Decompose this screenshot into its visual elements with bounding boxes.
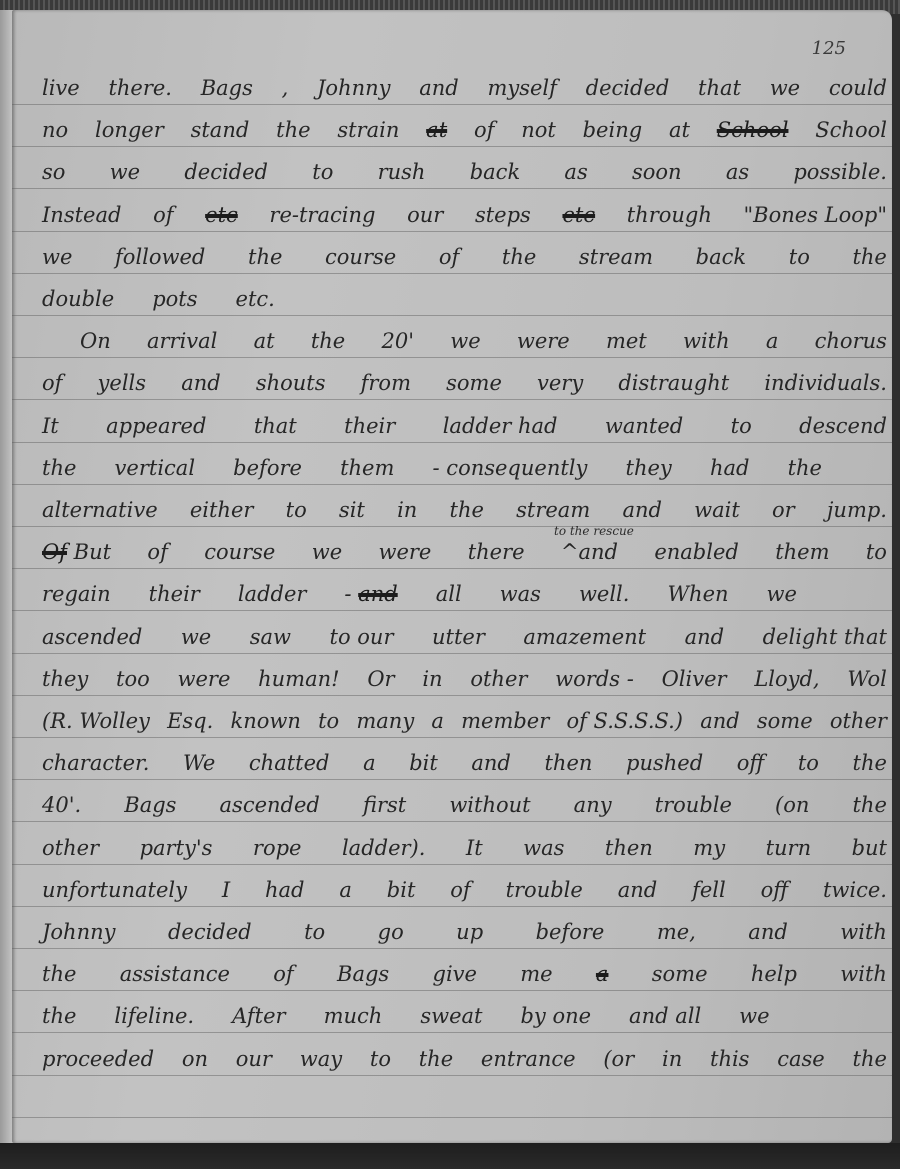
text-line: 40'.Bagsascendedfirstwithoutanytrouble(o… xyxy=(42,779,887,821)
word: Bags xyxy=(337,962,389,986)
word: with xyxy=(683,329,730,353)
word: well. xyxy=(579,582,630,606)
word: assistance xyxy=(120,962,230,986)
word: to xyxy=(304,920,325,944)
text-line: theassistanceofBagsgivemeasomehelpwith xyxy=(42,948,887,990)
text-line: otherparty'sropeladder).Itwasthenmyturnb… xyxy=(42,822,887,864)
text-line: alternativeeithertositinthestreamandwait… xyxy=(42,484,887,526)
word: live xyxy=(42,76,80,100)
word: When xyxy=(667,582,728,606)
word: the xyxy=(42,456,76,480)
word: ladder). xyxy=(342,836,425,860)
word: at xyxy=(669,118,690,142)
word: vertical xyxy=(115,456,195,480)
word: (or xyxy=(603,1047,634,1071)
word: give xyxy=(433,962,477,986)
word: to xyxy=(731,414,752,438)
word: and xyxy=(471,751,511,775)
word: off xyxy=(761,878,789,902)
word: the xyxy=(42,1004,76,1028)
word: without xyxy=(449,793,530,817)
word: we xyxy=(450,329,480,353)
text-line: Insteadofetcre-tracingourstepsetcthrough… xyxy=(42,189,887,231)
word: that xyxy=(254,414,297,438)
word: too xyxy=(116,667,150,691)
word: a xyxy=(596,962,609,986)
word: course xyxy=(204,540,275,564)
word: , xyxy=(282,76,289,100)
word: regain xyxy=(42,582,111,606)
word: saw xyxy=(250,625,291,649)
word: to xyxy=(789,245,810,269)
word: the xyxy=(853,1047,887,1071)
word: and xyxy=(622,498,662,522)
word: they xyxy=(42,667,88,691)
word: trouble xyxy=(506,878,583,902)
word: pots xyxy=(152,287,197,311)
word: me xyxy=(520,962,552,986)
word: up xyxy=(456,920,483,944)
word: alternative xyxy=(42,498,158,522)
text-line: character.Wechattedabitandthenpushedofft… xyxy=(42,737,887,779)
word: unfortunately xyxy=(42,878,187,902)
word: sit xyxy=(339,498,365,522)
word: Or xyxy=(367,667,394,691)
text-line: doublepotsetc. xyxy=(42,273,887,315)
word: stream xyxy=(579,245,653,269)
word: to xyxy=(312,160,333,184)
word: our xyxy=(407,203,443,227)
word: on xyxy=(182,1047,208,1071)
word: some xyxy=(757,709,813,733)
struck-word: School xyxy=(717,118,789,142)
text-line: ofyellsandshoutsfromsomeverydistraughtin… xyxy=(42,357,887,399)
word: and xyxy=(685,625,725,649)
word: Johnny xyxy=(42,920,116,944)
text-line: nolongerstandthestrainatofnotbeingatScho… xyxy=(42,104,887,146)
word: in xyxy=(397,498,417,522)
word: party's xyxy=(140,836,213,860)
text-line: regaintheirladder- andallwaswell.Whenwe xyxy=(42,568,887,610)
word: School xyxy=(815,118,887,142)
word: individuals. xyxy=(764,371,887,395)
word: possible. xyxy=(793,160,887,184)
text-line: Onarrivalatthe20'weweremetwithachorus xyxy=(80,315,887,357)
word: they xyxy=(626,456,672,480)
word: by one xyxy=(520,1004,591,1028)
word: in xyxy=(422,667,442,691)
word: my xyxy=(693,836,725,860)
word: and xyxy=(181,371,221,395)
word: were xyxy=(178,667,231,691)
word: lifeline. xyxy=(114,1004,194,1028)
text-line: unfortunatelyIhadabitoftroubleandfelloff… xyxy=(42,864,887,906)
word: of xyxy=(439,245,459,269)
word: some xyxy=(652,962,708,986)
word: there. xyxy=(108,76,172,100)
word: some xyxy=(446,371,502,395)
word: very xyxy=(537,371,583,395)
word: any xyxy=(574,793,612,817)
struck-word: etc xyxy=(562,203,595,227)
word: of xyxy=(474,118,494,142)
word: in xyxy=(662,1047,682,1071)
word: strain xyxy=(337,118,399,142)
word: etc xyxy=(562,203,595,227)
word: and xyxy=(419,76,459,100)
word: the xyxy=(276,118,310,142)
word: the xyxy=(248,245,282,269)
word: from xyxy=(361,371,411,395)
struck-word: at xyxy=(426,118,447,142)
word: distraught xyxy=(618,371,729,395)
word: ascended xyxy=(220,793,320,817)
word: "Bones Loop" xyxy=(744,203,887,227)
word: a xyxy=(339,878,352,902)
word: there xyxy=(468,540,525,564)
word: It xyxy=(42,414,59,438)
ruled-line xyxy=(12,1117,892,1118)
word: ^and xyxy=(561,540,618,564)
word: the xyxy=(311,329,345,353)
word: descend xyxy=(799,414,887,438)
text-line: (R. WolleyEsq.knowntomanyamemberof S.S.S… xyxy=(42,695,887,737)
word: human! xyxy=(258,667,339,691)
word: pushed xyxy=(626,751,703,775)
word: wanted xyxy=(605,414,683,438)
word: and xyxy=(748,920,788,944)
word: then xyxy=(544,751,592,775)
word: all xyxy=(436,582,462,606)
word: to our xyxy=(330,625,394,649)
word: with xyxy=(840,920,887,944)
word: we xyxy=(110,160,140,184)
word: and xyxy=(618,878,658,902)
word: delight that xyxy=(763,625,887,649)
word: Esq. xyxy=(167,709,213,733)
word: either xyxy=(190,498,254,522)
word: proceeded xyxy=(42,1047,154,1071)
word: off xyxy=(737,751,765,775)
word: the xyxy=(450,498,484,522)
word: no xyxy=(42,118,68,142)
word: and all xyxy=(629,1004,701,1028)
word: through xyxy=(627,203,712,227)
word: of xyxy=(153,203,173,227)
word: shouts xyxy=(256,371,326,395)
word: etc. xyxy=(236,287,275,311)
notebook-page: 125 livethere.Bags,Johnnyandmyselfdecide… xyxy=(12,10,892,1143)
word: chatted xyxy=(249,751,330,775)
word: or xyxy=(772,498,795,522)
word: as xyxy=(726,160,749,184)
word: myself xyxy=(487,76,556,100)
word: go xyxy=(378,920,404,944)
word: way xyxy=(300,1047,342,1071)
word: ladder xyxy=(238,582,307,606)
word: many xyxy=(356,709,414,733)
word: back xyxy=(470,160,520,184)
word: jump. xyxy=(827,498,887,522)
word: we xyxy=(312,540,342,564)
word: being xyxy=(583,118,643,142)
word: Wol xyxy=(847,667,887,691)
word: at xyxy=(254,329,275,353)
word: wait xyxy=(694,498,740,522)
word: Oliver xyxy=(662,667,727,691)
word: Johnny xyxy=(317,76,391,100)
word: After xyxy=(232,1004,285,1028)
word: them xyxy=(340,456,394,480)
word: had xyxy=(265,878,305,902)
word: before xyxy=(233,456,302,480)
word: etc xyxy=(205,203,238,227)
word: Instead xyxy=(42,203,121,227)
word: not xyxy=(521,118,556,142)
page-number: 125 xyxy=(812,38,846,59)
struck-word: etc xyxy=(205,203,238,227)
word: - and xyxy=(344,582,397,606)
word: were xyxy=(378,540,431,564)
word: course xyxy=(325,245,396,269)
word: the xyxy=(502,245,536,269)
word: we xyxy=(739,1004,769,1028)
word: arrival xyxy=(147,329,217,353)
word: with xyxy=(840,962,887,986)
word: of xyxy=(450,878,470,902)
word: as xyxy=(564,160,587,184)
desk-surface xyxy=(0,1143,900,1169)
word: met xyxy=(606,329,647,353)
word: rush xyxy=(378,160,426,184)
word: other xyxy=(830,709,887,733)
word: the xyxy=(419,1047,453,1071)
word: known xyxy=(231,709,301,733)
struck-word: a xyxy=(596,962,609,986)
word: we xyxy=(767,582,797,606)
text-line: Itappearedthattheirladder hadwantedtodes… xyxy=(42,400,887,442)
word: help xyxy=(751,962,797,986)
word: stand xyxy=(191,118,250,142)
word: of xyxy=(273,962,293,986)
struck-word: and xyxy=(358,582,398,606)
word: of xyxy=(147,540,167,564)
word: the xyxy=(852,793,886,817)
word: case xyxy=(777,1047,825,1071)
word: (R. Wolley xyxy=(42,709,150,733)
word: me, xyxy=(657,920,696,944)
word: back xyxy=(696,245,746,269)
word: enabled xyxy=(654,540,739,564)
word: 20' xyxy=(381,329,414,353)
word: decided xyxy=(586,76,670,100)
word: to xyxy=(798,751,819,775)
word: much xyxy=(324,1004,383,1028)
word: I xyxy=(222,878,230,902)
word: we xyxy=(770,76,800,100)
word: rope xyxy=(253,836,302,860)
word: twice. xyxy=(823,878,887,902)
word: longer xyxy=(95,118,164,142)
word: to xyxy=(286,498,307,522)
word: our xyxy=(236,1047,272,1071)
word: ladder had xyxy=(443,414,558,438)
word: to xyxy=(318,709,339,733)
word: entrance xyxy=(481,1047,576,1071)
word: re-tracing xyxy=(269,203,375,227)
word: - consequently xyxy=(433,456,588,480)
word: of xyxy=(42,371,62,395)
text-line: ascendedwesawto ourutteramazementanddeli… xyxy=(42,611,887,653)
word: we xyxy=(181,625,211,649)
word: turn xyxy=(766,836,812,860)
word: their xyxy=(344,414,395,438)
text-line: wefollowedthecourseofthestreambacktothe xyxy=(42,231,887,273)
word: ascended xyxy=(42,625,142,649)
word: utter xyxy=(432,625,485,649)
word: appeared xyxy=(106,414,206,438)
word: amazement xyxy=(523,625,646,649)
word: On xyxy=(80,329,111,353)
word: words - xyxy=(555,667,634,691)
word: we xyxy=(42,245,72,269)
word: other xyxy=(42,836,99,860)
word: the xyxy=(853,751,887,775)
word: at xyxy=(426,118,447,142)
word: 40'. xyxy=(42,793,81,817)
word: It xyxy=(466,836,483,860)
word: School xyxy=(717,118,789,142)
text-line: theytoowerehuman!Orinotherwords -OliverL… xyxy=(42,653,887,695)
word: sweat xyxy=(420,1004,482,1028)
word: the xyxy=(852,245,886,269)
text-line: proceededonourwaytotheentrance(orinthisc… xyxy=(42,1033,887,1075)
word: to xyxy=(370,1047,391,1071)
word: that xyxy=(698,76,741,100)
word: trouble xyxy=(655,793,732,817)
word: (on xyxy=(775,793,809,817)
word: the xyxy=(42,962,76,986)
text-line: theverticalbeforethem- consequentlytheyh… xyxy=(42,442,822,484)
word: decided xyxy=(184,160,268,184)
word: could xyxy=(829,76,887,100)
word: bit xyxy=(387,878,416,902)
text-line: Johnnydecidedtogoupbeforeme,andwith xyxy=(42,906,887,948)
word: before xyxy=(536,920,605,944)
word: of S.S.S.S.) xyxy=(566,709,683,733)
ruled-line xyxy=(12,1075,892,1076)
word: soon xyxy=(632,160,682,184)
word: Lloyd, xyxy=(754,667,819,691)
word: a xyxy=(431,709,444,733)
word: followed xyxy=(115,245,205,269)
word: fell xyxy=(692,878,726,902)
word: Of But xyxy=(42,540,111,564)
word: had xyxy=(710,456,750,480)
word: other xyxy=(470,667,527,691)
word: Bags xyxy=(124,793,176,817)
word: decided xyxy=(168,920,252,944)
word: a xyxy=(363,751,376,775)
text-line: livethere.Bags,Johnnyandmyselfdecidedtha… xyxy=(42,62,887,104)
word: bit xyxy=(409,751,438,775)
word: chorus xyxy=(815,329,887,353)
word: first xyxy=(363,793,406,817)
word: character. xyxy=(42,751,149,775)
word: stream xyxy=(516,498,590,522)
text-line: Of Butofcoursewewerethere^andenabledthem… xyxy=(42,526,887,568)
word: but xyxy=(852,836,887,860)
word: steps xyxy=(475,203,531,227)
word: then xyxy=(605,836,653,860)
word: the xyxy=(788,456,822,480)
word: member xyxy=(461,709,549,733)
word: Bags xyxy=(201,76,253,100)
word: was xyxy=(523,836,564,860)
word: and xyxy=(700,709,740,733)
word: a xyxy=(766,329,779,353)
word: them xyxy=(775,540,829,564)
word: their xyxy=(149,582,200,606)
word: so xyxy=(42,160,65,184)
word: yells xyxy=(98,371,147,395)
word: were xyxy=(517,329,570,353)
text-line: sowedecidedtorushbackassoonaspossible. xyxy=(42,146,887,188)
word: We xyxy=(183,751,215,775)
word: double xyxy=(42,287,114,311)
interlinear-insertion: to the rescue xyxy=(554,524,634,538)
text-line: thelifeline.Aftermuchsweatby oneand allw… xyxy=(42,990,887,1032)
word: was xyxy=(500,582,541,606)
word: this xyxy=(710,1047,749,1071)
struck-word: Of xyxy=(42,540,67,564)
word: to xyxy=(866,540,887,564)
